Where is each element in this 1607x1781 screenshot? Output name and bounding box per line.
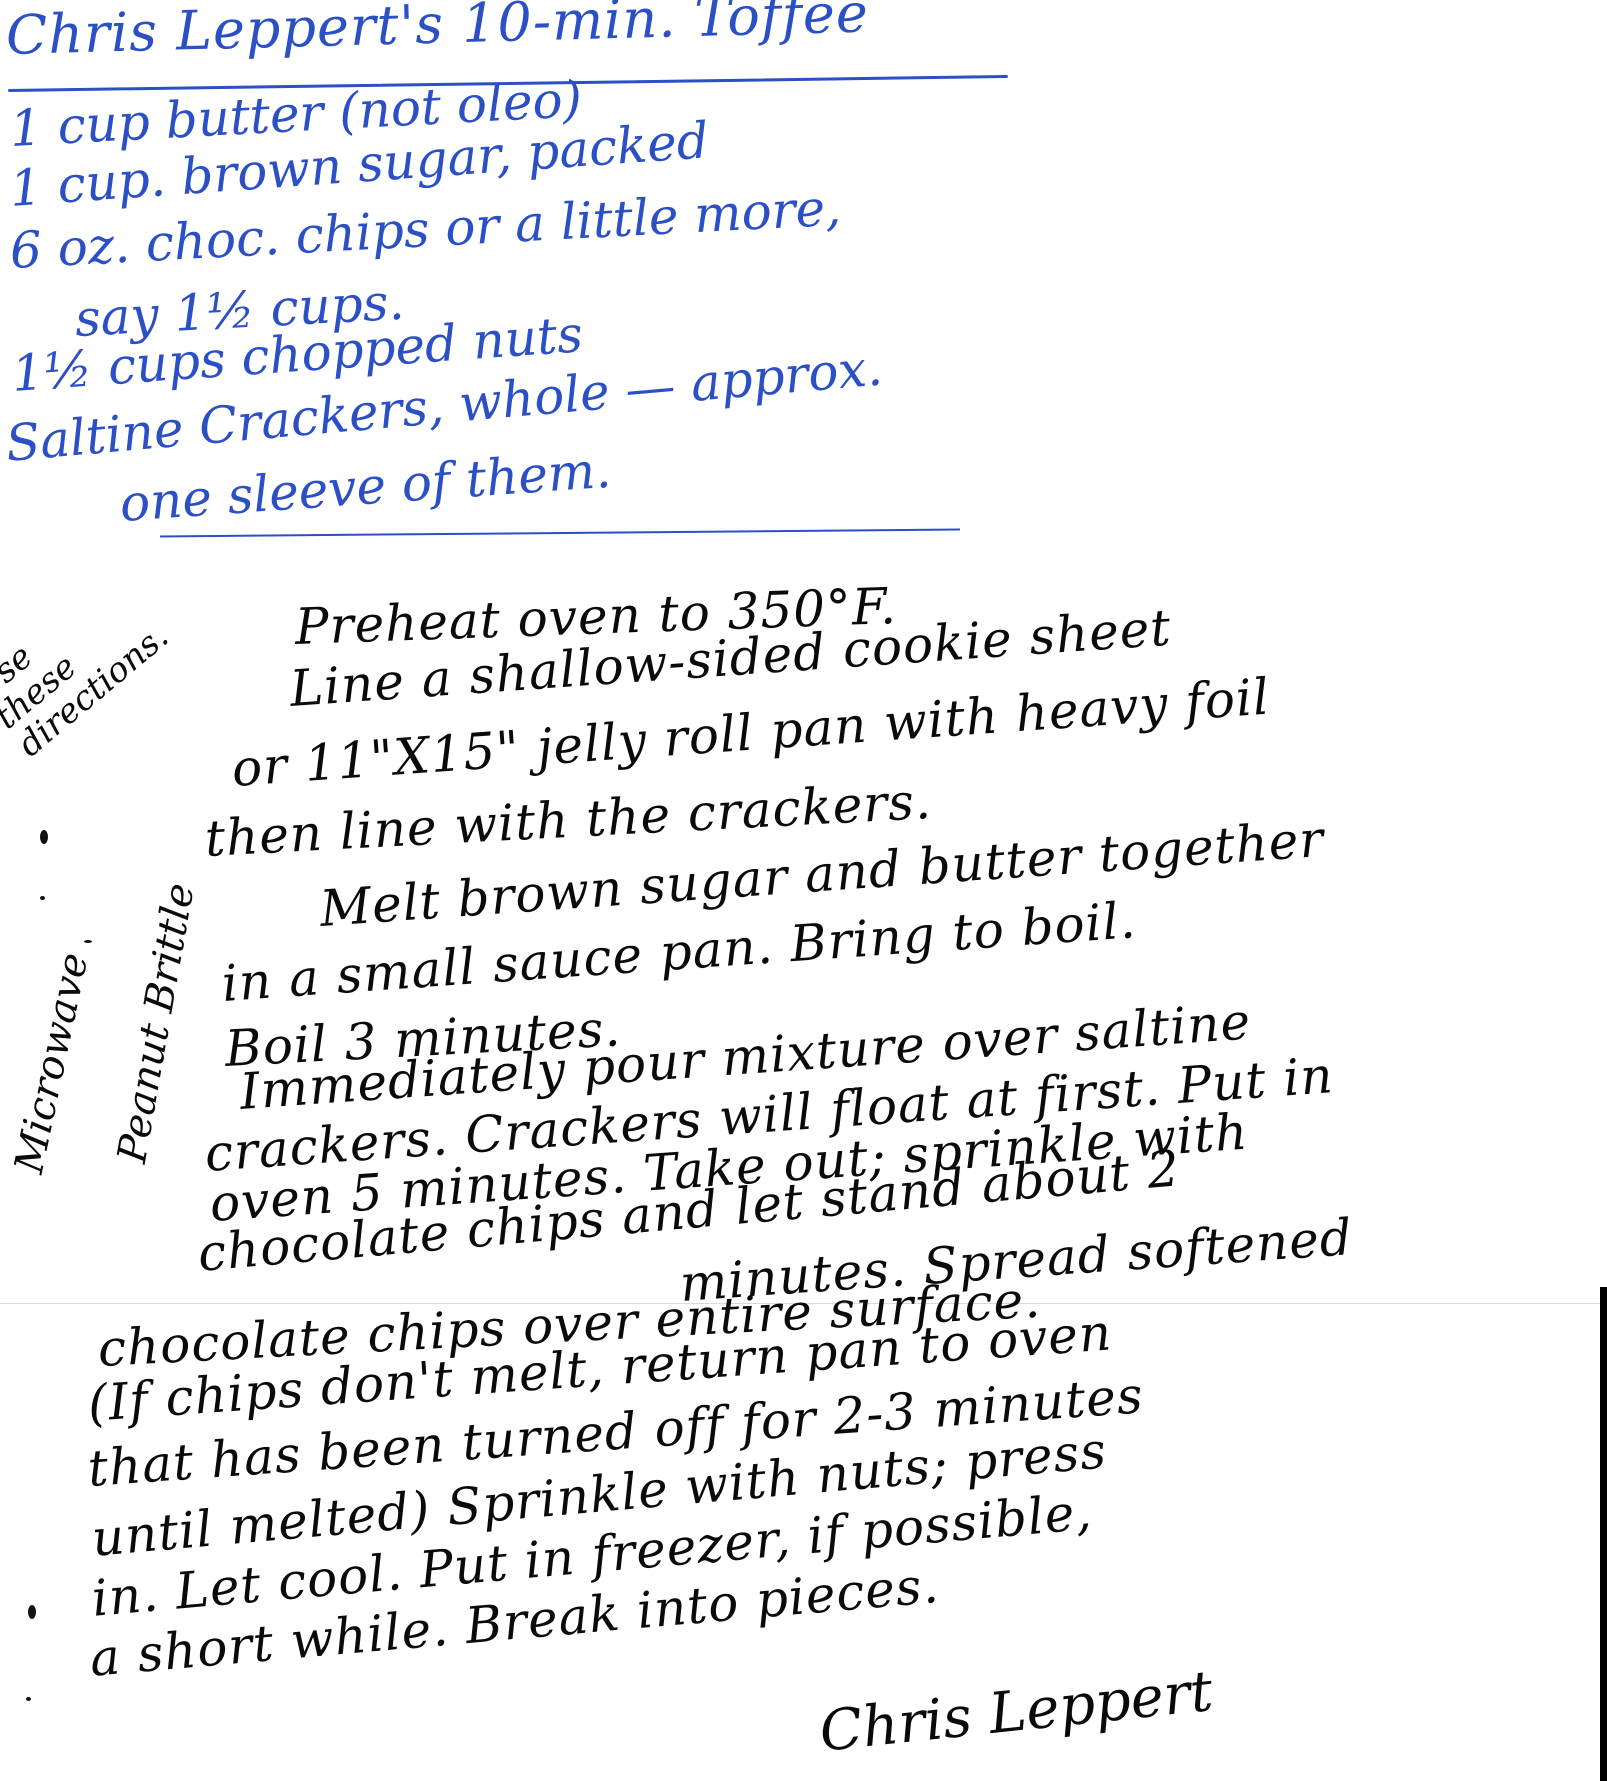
scan-speck [28,1605,36,1619]
recipe-title: Chris Leppert's 10-min. Toffee [5,0,869,67]
card-rule-line [160,529,960,538]
signature: Chris Leppert [817,1659,1216,1765]
scan-edge-shadow [1600,1287,1607,1781]
margin-note-peanut-brittle: Peanut Brittle [109,880,203,1167]
scan-speck [84,940,92,943]
margin-note-microwave: Microwave [6,949,98,1177]
scan-speck [40,830,48,844]
scan-speck [26,1697,31,1701]
scan-speck [40,896,45,900]
margin-note-use-these-directions: Use these directions. [0,563,175,764]
